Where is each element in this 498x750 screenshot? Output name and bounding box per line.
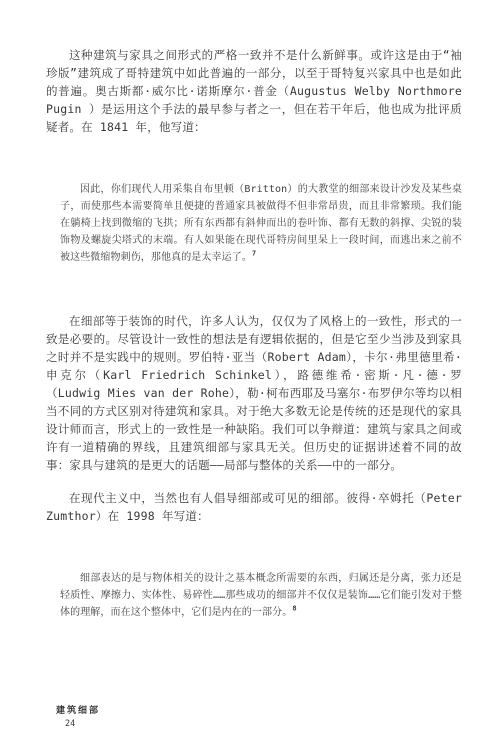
- paragraph-1-text: 这种建筑与家具之间形式的严格一致并不是什么新鲜事。或许这是由于“袖珍版”建筑成了…: [46, 48, 462, 134]
- block-quote-2: 细部表达的是与物体相关的设计之基本概念所需要的东西，归属还是分离，张力还是轻质性…: [60, 570, 462, 621]
- footnote-ref-8: 8: [292, 605, 296, 613]
- running-title: 建筑细部: [56, 703, 100, 716]
- page-content: 这种建筑与家具之间形式的严格一致并不是什么新鲜事。或许这是由于“袖珍版”建筑成了…: [0, 0, 498, 621]
- paragraph-3-text: 在现代主义中，当然也有人倡导细部或可见的细部。彼得·卒姆托（Peter Zumt…: [46, 491, 462, 523]
- block-quote-1: 因此，你们现代人用采集自布里顿（Britton）的大教堂的细部来设计沙发及某些桌…: [60, 181, 462, 266]
- book-page: 这种建筑与家具之间形式的严格一致并不是什么新鲜事。或许这是由于“袖珍版”建筑成了…: [0, 0, 498, 750]
- page-number: 24: [65, 719, 100, 729]
- block-quote-1-text: 因此，你们现代人用采集自布里顿（Britton）的大教堂的细部来设计沙发及某些桌…: [60, 184, 462, 263]
- paragraph-1: 这种建筑与家具之间形式的严格一致并不是什么新鲜事。或许这是由于“袖珍版”建筑成了…: [46, 46, 462, 136]
- paragraph-2: 在细部等于装饰的时代，许多人认为，仅仅为了风格上的一致性，形式的一致是必要的。尽…: [46, 312, 462, 474]
- paragraph-2-text: 在细部等于装饰的时代，许多人认为，仅仅为了风格上的一致性，形式的一致是必要的。尽…: [46, 314, 462, 472]
- page-footer: 建筑细部 24: [56, 703, 100, 729]
- paragraph-3: 在现代主义中，当然也有人倡导细部或可见的细部。彼得·卒姆托（Peter Zumt…: [46, 489, 462, 525]
- block-quote-2-text: 细部表达的是与物体相关的设计之基本概念所需要的东西，归属还是分离，张力还是轻质性…: [60, 573, 462, 618]
- footnote-ref-7: 7: [252, 250, 256, 258]
